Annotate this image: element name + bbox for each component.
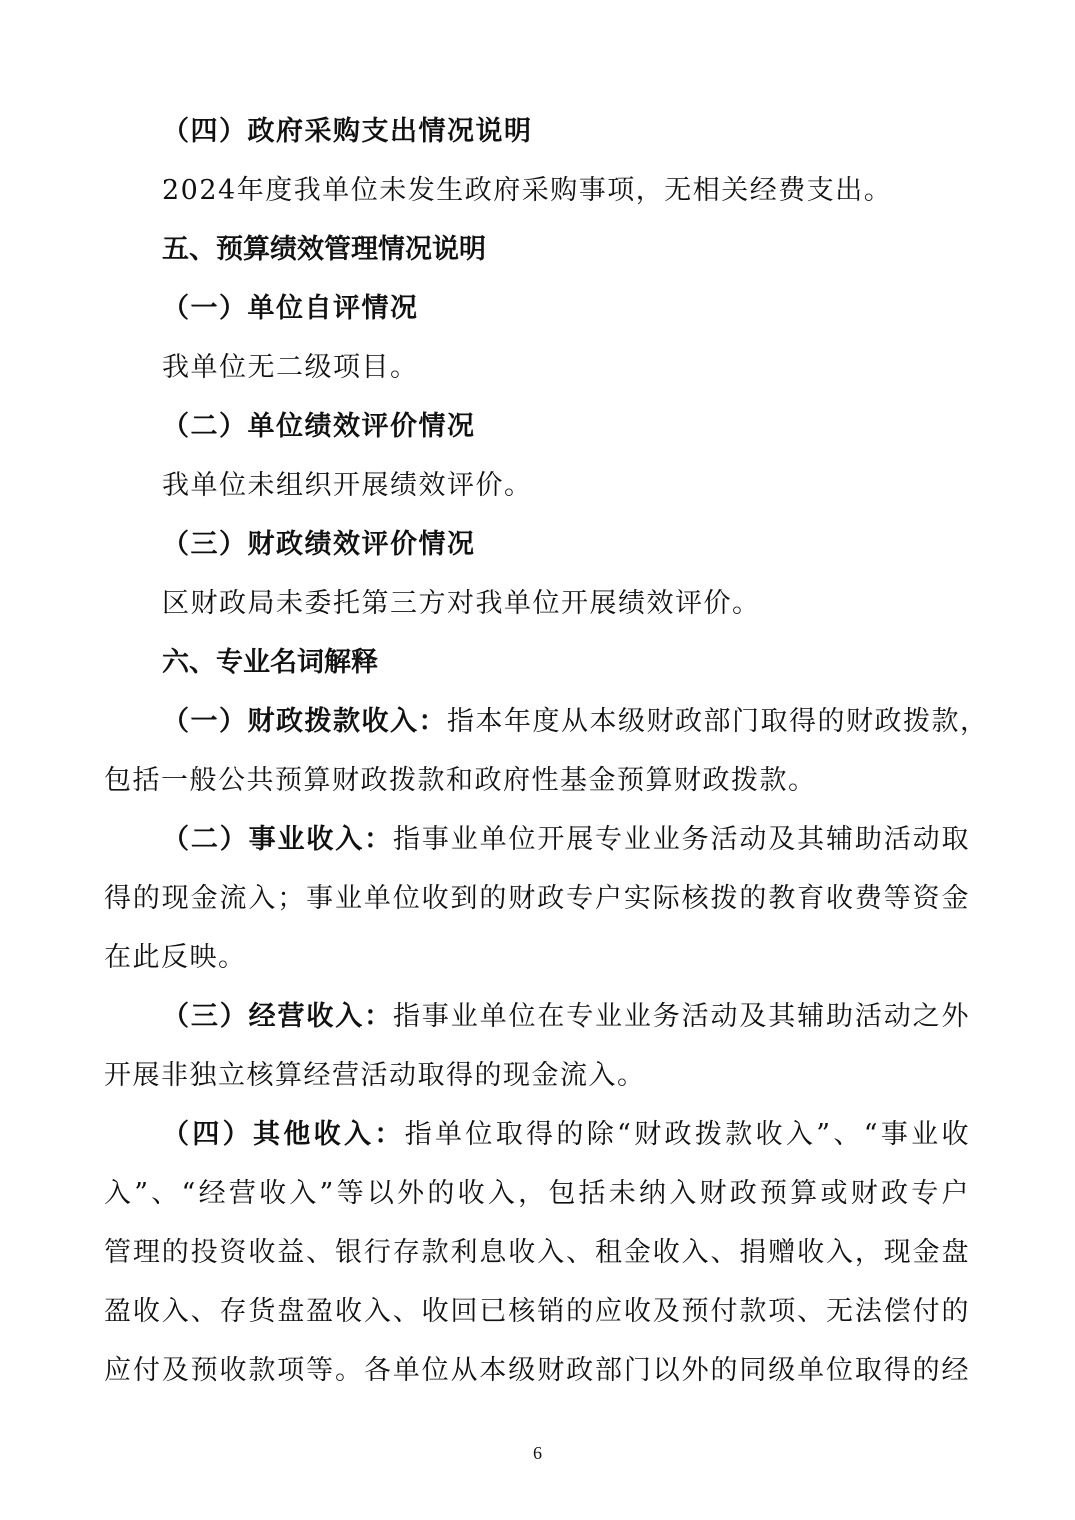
subheading-government-procurement: （四）政府采购支出情况说明 bbox=[162, 114, 533, 150]
definition-text: 指事业单位开展专业业务活动及其辅助活动取 bbox=[393, 824, 970, 855]
definition-fiscal-appropriation: （一）财政拨款收入：指本年度从本级财政部门取得的财政拨款， bbox=[162, 704, 970, 740]
term-label: （三）经营收入： bbox=[162, 1001, 393, 1032]
heading-terminology: 六、专业名词解释 bbox=[162, 645, 378, 681]
subheading-unit-evaluation: （二）单位绩效评价情况 bbox=[162, 409, 476, 445]
definition-line: 得的现金流入；事业单位收到的财政专户实际核拨的教育收费等资金 bbox=[104, 881, 970, 917]
definition-line: 包括一般公共预算财政拨款和政府性基金预算财政拨款。 bbox=[104, 763, 817, 799]
definition-operating-income: （三）经营收入：指事业单位在专业业务活动及其辅助活动之外 bbox=[162, 999, 970, 1035]
subheading-self-evaluation: （一）单位自评情况 bbox=[162, 291, 419, 327]
definition-business-income: （二）事业收入：指事业单位开展专业业务活动及其辅助活动取 bbox=[162, 822, 970, 858]
paragraph-self-evaluation: 我单位无二级项目。 bbox=[162, 350, 419, 386]
definition-line: 盈收入、存货盘盈收入、收回已核销的应收及预付款项、无法偿付的 bbox=[104, 1294, 970, 1330]
paragraph-procurement-note: 2024年度我单位未发生政府采购事项，无相关经费支出。 bbox=[162, 173, 892, 209]
page-number: 6 bbox=[0, 1443, 1075, 1464]
definition-line: 入”、“经营收入”等以外的收入，包括未纳入财政预算或财政专户 bbox=[104, 1176, 970, 1212]
term-label: （二）事业收入： bbox=[162, 824, 393, 855]
definition-text: 指单位取得的除“财政拨款收入”、“事业收 bbox=[405, 1119, 970, 1150]
paragraph-unit-evaluation: 我单位未组织开展绩效评价。 bbox=[162, 468, 533, 504]
definition-text: 指事业单位在专业业务活动及其辅助活动之外 bbox=[393, 1001, 970, 1032]
heading-budget-performance: 五、预算绩效管理情况说明 bbox=[162, 232, 486, 268]
definition-line: 在此反映。 bbox=[104, 940, 247, 976]
term-label: （一）财政拨款收入： bbox=[162, 706, 447, 737]
definition-line: 应付及预收款项等。各单位从本级财政部门以外的同级单位取得的经 bbox=[104, 1353, 970, 1389]
definition-line: 管理的投资收益、银行存款利息收入、租金收入、捐赠收入，现金盘 bbox=[104, 1235, 970, 1271]
definition-line: 开展非独立核算经营活动取得的现金流入。 bbox=[104, 1058, 646, 1094]
definition-other-income: （四）其他收入：指单位取得的除“财政拨款收入”、“事业收 bbox=[162, 1117, 970, 1153]
definition-text: 指本年度从本级财政部门取得的财政拨款， bbox=[447, 706, 989, 737]
paragraph-fiscal-evaluation: 区财政局未委托第三方对我单位开展绩效评价。 bbox=[162, 586, 761, 622]
subheading-fiscal-evaluation: （三）财政绩效评价情况 bbox=[162, 527, 476, 563]
term-label: （四）其他收入： bbox=[162, 1119, 405, 1150]
